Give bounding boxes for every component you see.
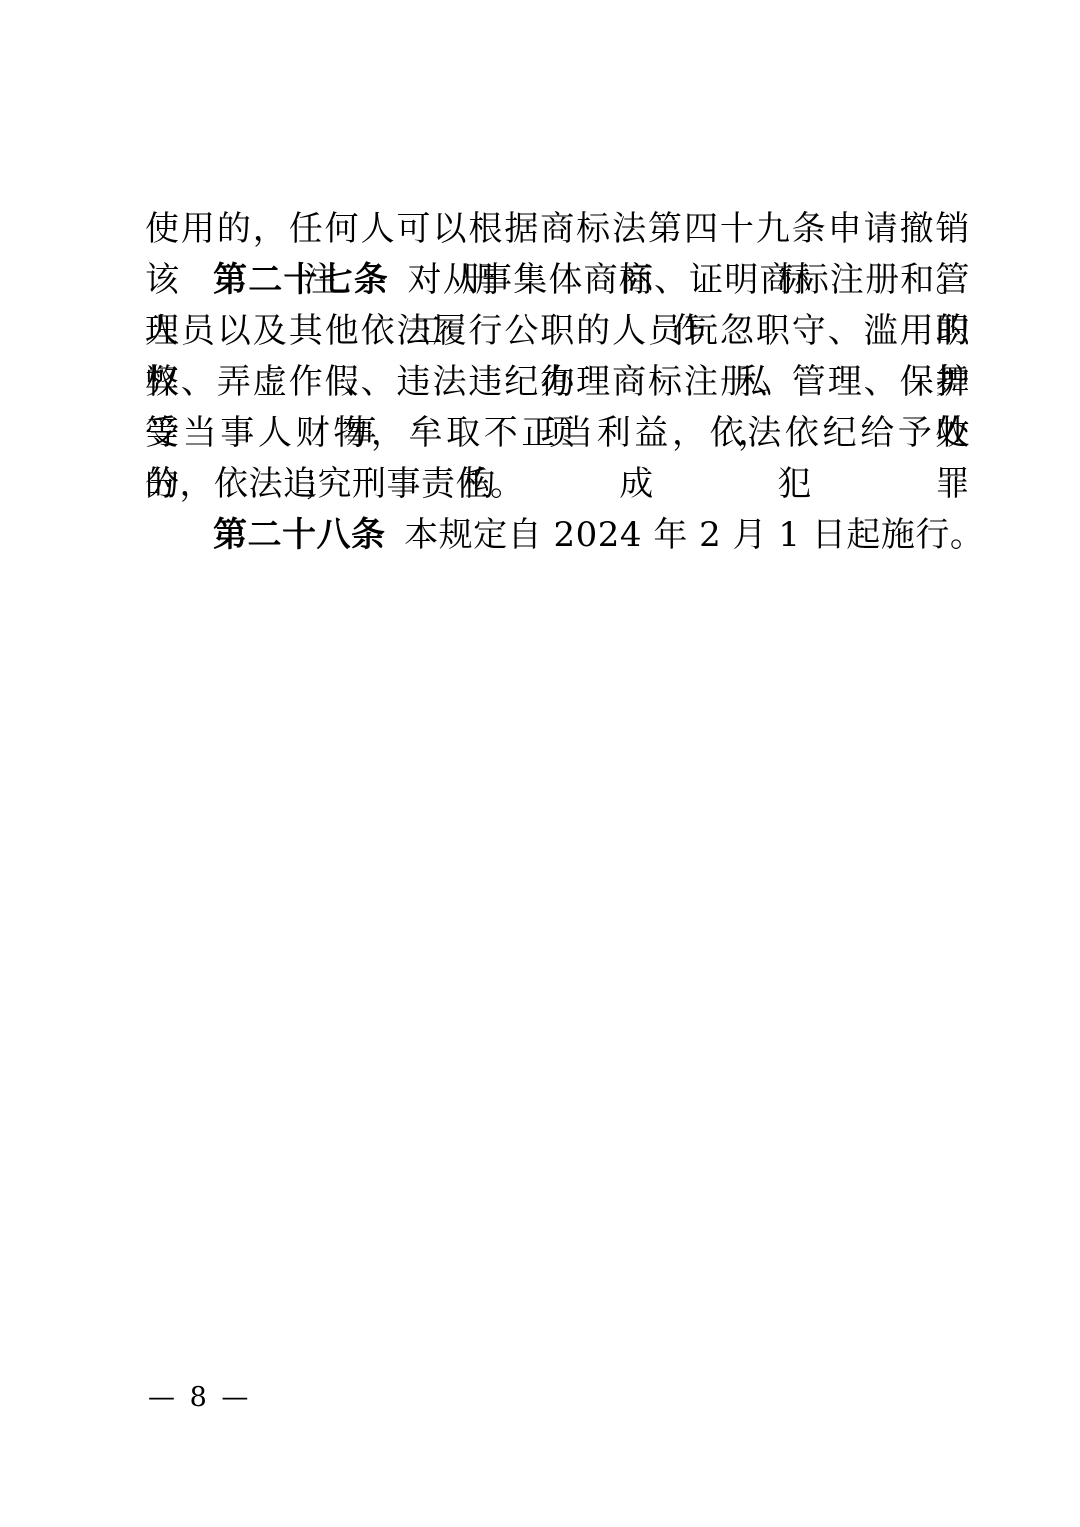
article-28-line: 第二十八条本规定自 2024 年 2 月 1 日起施行。 (145, 510, 970, 561)
line-text: 的，依法追究刑事责任。 (145, 464, 525, 504)
paragraph-continuation-line: 使用的，任何人可以根据商标法第四十九条申请撤销该注册商标。 (145, 204, 970, 255)
body-text: 使用的，任何人可以根据商标法第四十九条申请撤销该注册商标。 第二十七条对从事集体… (145, 204, 970, 561)
line-text: 本规定自 2024 年 2 月 1 日起施行。 (404, 515, 984, 555)
article-27-first-line: 第二十七条对从事集体商标、证明商标注册和管理工作的 (145, 255, 970, 306)
article-27-line-2: 人员以及其他依法履行公职的人员玩忽职守、滥用职权、徇私舞 (145, 306, 970, 357)
article-27-line-3: 弊、弄虚作假、违法违纪办理商标注册、管理、保护等事项，收 (145, 357, 970, 408)
document-page: 使用的，任何人可以根据商标法第四十九条申请撤销该注册商标。 第二十七条对从事集体… (0, 0, 1080, 1527)
article-27-line-4: 受当事人财物，牟取不正当利益，依法依纪给予处分；构成犯罪 (145, 408, 970, 459)
page-number: — 8 — (148, 1382, 251, 1413)
article-27-label: 第二十七条 (213, 260, 389, 300)
article-28-label: 第二十八条 (213, 515, 386, 555)
